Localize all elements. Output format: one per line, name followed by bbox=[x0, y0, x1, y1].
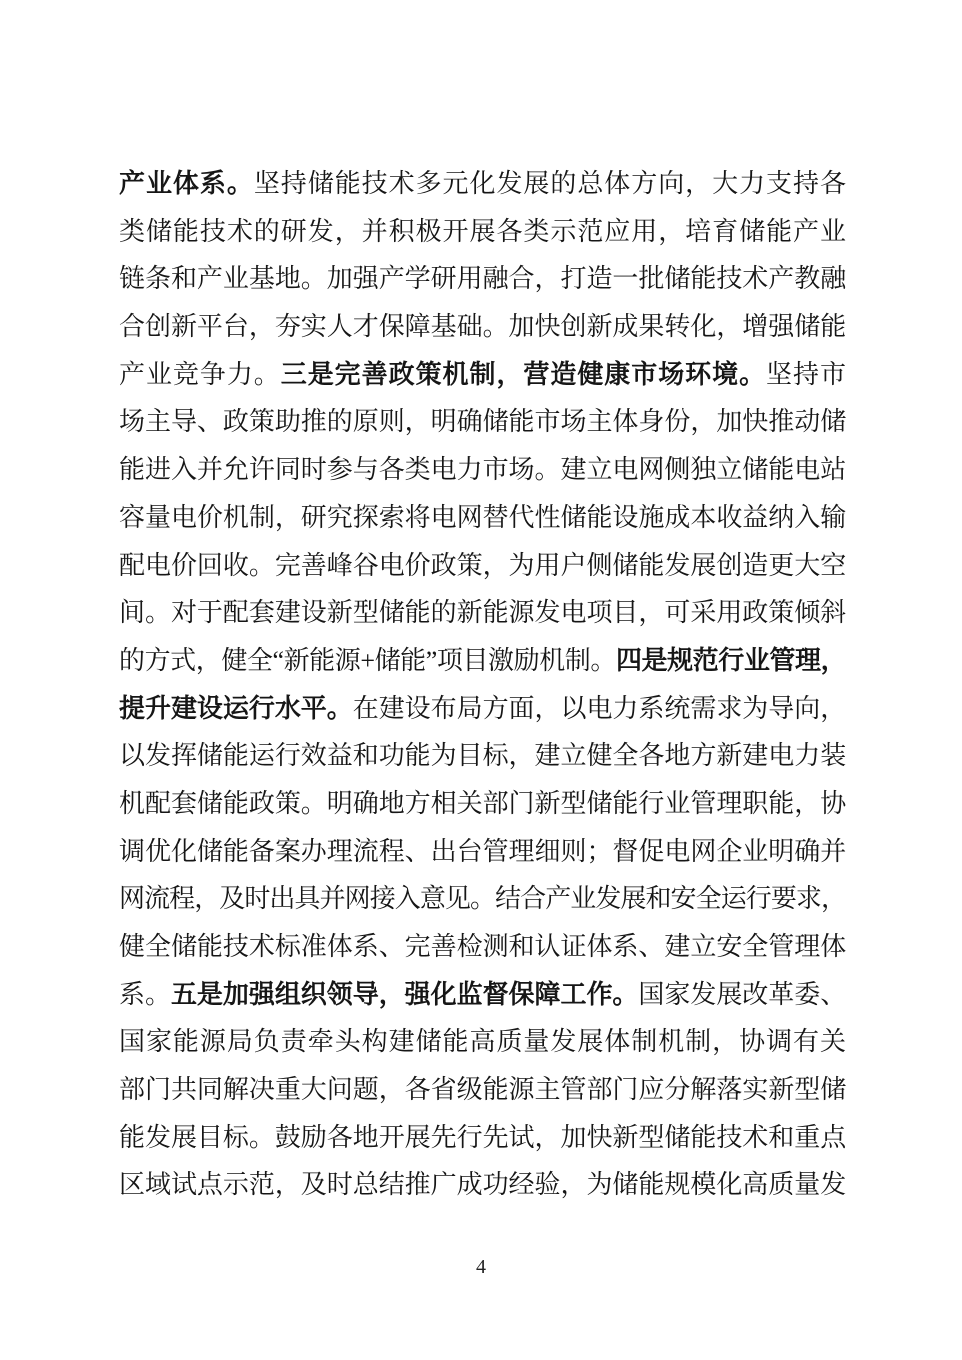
body-text-segment: 健全储能技术标准体系、完善检测和认证体系、建立安全管理体 bbox=[119, 932, 846, 961]
text-line: 能进入并允许同时参与各类电力市场。建立电网侧独立储能电站 bbox=[119, 446, 846, 494]
body-text-segment: 产业竞争力。 bbox=[119, 360, 281, 389]
text-line: 配电价回收。完善峰谷电价政策，为用户侧储能发展创造更大空 bbox=[119, 542, 846, 590]
body-text-segment: 机配套储能政策。明确地方相关部门新型储能行业管理职能，协 bbox=[119, 789, 846, 818]
body-text-segment: 场主导、政策助推的原则，明确储能市场主体身份，加快推动储 bbox=[119, 407, 846, 436]
body-text-segment: 合创新平台，夯实人才保障基础。加快创新成果转化，增强储能 bbox=[119, 312, 846, 341]
text-line: 部门共同解决重大问题，各省级能源主管部门应分解落实新型储 bbox=[119, 1066, 846, 1114]
body-text-segment: 配电价回收。完善峰谷电价政策，为用户侧储能发展创造更大空 bbox=[119, 551, 846, 580]
text-line: 网流程，及时出具并网接入意见。结合产业发展和安全运行要求， bbox=[119, 875, 846, 923]
body-text-segment: 以发挥储能运行效益和功能为目标，建立健全各地方新建电力装 bbox=[119, 741, 846, 770]
body-text-segment: 能进入并允许同时参与各类电力市场。建立电网侧独立储能电站 bbox=[119, 455, 846, 484]
text-line: 系。五是加强组织领导，强化监督保障工作。国家发展改革委、 bbox=[119, 971, 846, 1019]
body-text-segment: 系。 bbox=[119, 980, 171, 1009]
body-text-segment: 部门共同解决重大问题，各省级能源主管部门应分解落实新型储 bbox=[119, 1075, 846, 1104]
text-line: 间。对于配套建设新型储能的新能源发电项目，可采用政策倾斜 bbox=[119, 589, 846, 637]
body-text-segment: 的方式，健全“新能源+储能”项目激励机制。 bbox=[119, 646, 616, 675]
body-text: 产业体系。坚持储能技术多元化发展的总体方向，大力支持各类储能技术的研发，并积极开… bbox=[119, 160, 846, 1209]
body-text-segment: 在建设布局方面，以电力系统需求为导向， bbox=[353, 694, 846, 723]
body-text-segment: 类储能技术的研发，并积极开展各类示范应用，培育储能产业 bbox=[119, 217, 846, 246]
body-text-segment: 网流程，及时出具并网接入意见。结合产业发展和安全运行要求， bbox=[119, 884, 846, 913]
body-text-segment: 间。对于配套建设新型储能的新能源发电项目，可采用政策倾斜 bbox=[119, 598, 846, 627]
text-line: 场主导、政策助推的原则，明确储能市场主体身份，加快推动储 bbox=[119, 398, 846, 446]
emphasis-heading-text: 产业体系。 bbox=[119, 169, 254, 198]
text-line: 能发展目标。鼓励各地开展先行先试，加快新型储能技术和重点 bbox=[119, 1114, 846, 1162]
body-text-segment: 调优化储能备案办理流程、出台管理细则；督促电网企业明确并 bbox=[119, 837, 846, 866]
text-line: 区域试点示范，及时总结推广成功经验，为储能规模化高质量发 bbox=[119, 1161, 846, 1209]
text-line: 产业体系。坚持储能技术多元化发展的总体方向，大力支持各 bbox=[119, 160, 846, 208]
text-line: 的方式，健全“新能源+储能”项目激励机制。四是规范行业管理， bbox=[119, 637, 846, 685]
body-text-segment: 坚持市 bbox=[766, 360, 846, 389]
body-text-segment: 国家能源局负责牵头构建储能高质量发展体制机制，协调有关 bbox=[119, 1027, 846, 1056]
body-text-segment: 坚持储能技术多元化发展的总体方向，大力支持各 bbox=[254, 169, 846, 198]
page-number: 4 bbox=[0, 1254, 962, 1280]
body-text-segment: 区域试点示范，及时总结推广成功经验，为储能规模化高质量发 bbox=[119, 1170, 846, 1199]
text-line: 健全储能技术标准体系、完善检测和认证体系、建立安全管理体 bbox=[119, 923, 846, 971]
emphasis-heading-text: 五是加强组织领导，强化监督保障工作。 bbox=[171, 980, 638, 1009]
document-page: 产业体系。坚持储能技术多元化发展的总体方向，大力支持各类储能技术的研发，并积极开… bbox=[0, 0, 962, 1360]
text-line: 链条和产业基地。加强产学研用融合，打造一批储能技术产教融 bbox=[119, 255, 846, 303]
text-line: 提升建设运行水平。在建设布局方面，以电力系统需求为导向， bbox=[119, 685, 846, 733]
body-text-segment: 链条和产业基地。加强产学研用融合，打造一批储能技术产教融 bbox=[119, 264, 846, 293]
emphasis-heading-text: 四是规范行业管理， bbox=[616, 646, 846, 675]
text-line: 国家能源局负责牵头构建储能高质量发展体制机制，协调有关 bbox=[119, 1018, 846, 1066]
text-line: 机配套储能政策。明确地方相关部门新型储能行业管理职能，协 bbox=[119, 780, 846, 828]
body-text-segment: 能发展目标。鼓励各地开展先行先试，加快新型储能技术和重点 bbox=[119, 1123, 846, 1152]
text-line: 容量电价机制，研究探索将电网替代性储能设施成本收益纳入输 bbox=[119, 494, 846, 542]
text-line: 以发挥储能运行效益和功能为目标，建立健全各地方新建电力装 bbox=[119, 732, 846, 780]
emphasis-heading-text: 提升建设运行水平。 bbox=[119, 694, 353, 723]
emphasis-heading-text: 三是完善政策机制，营造健康市场环境。 bbox=[281, 360, 766, 389]
text-line: 产业竞争力。三是完善政策机制，营造健康市场环境。坚持市 bbox=[119, 351, 846, 399]
text-line: 类储能技术的研发，并积极开展各类示范应用，培育储能产业 bbox=[119, 208, 846, 256]
text-line: 调优化储能备案办理流程、出台管理细则；督促电网企业明确并 bbox=[119, 828, 846, 876]
body-text-segment: 国家发展改革委、 bbox=[638, 980, 846, 1009]
body-text-segment: 容量电价机制，研究探索将电网替代性储能设施成本收益纳入输 bbox=[119, 503, 846, 532]
text-line: 合创新平台，夯实人才保障基础。加快创新成果转化，增强储能 bbox=[119, 303, 846, 351]
